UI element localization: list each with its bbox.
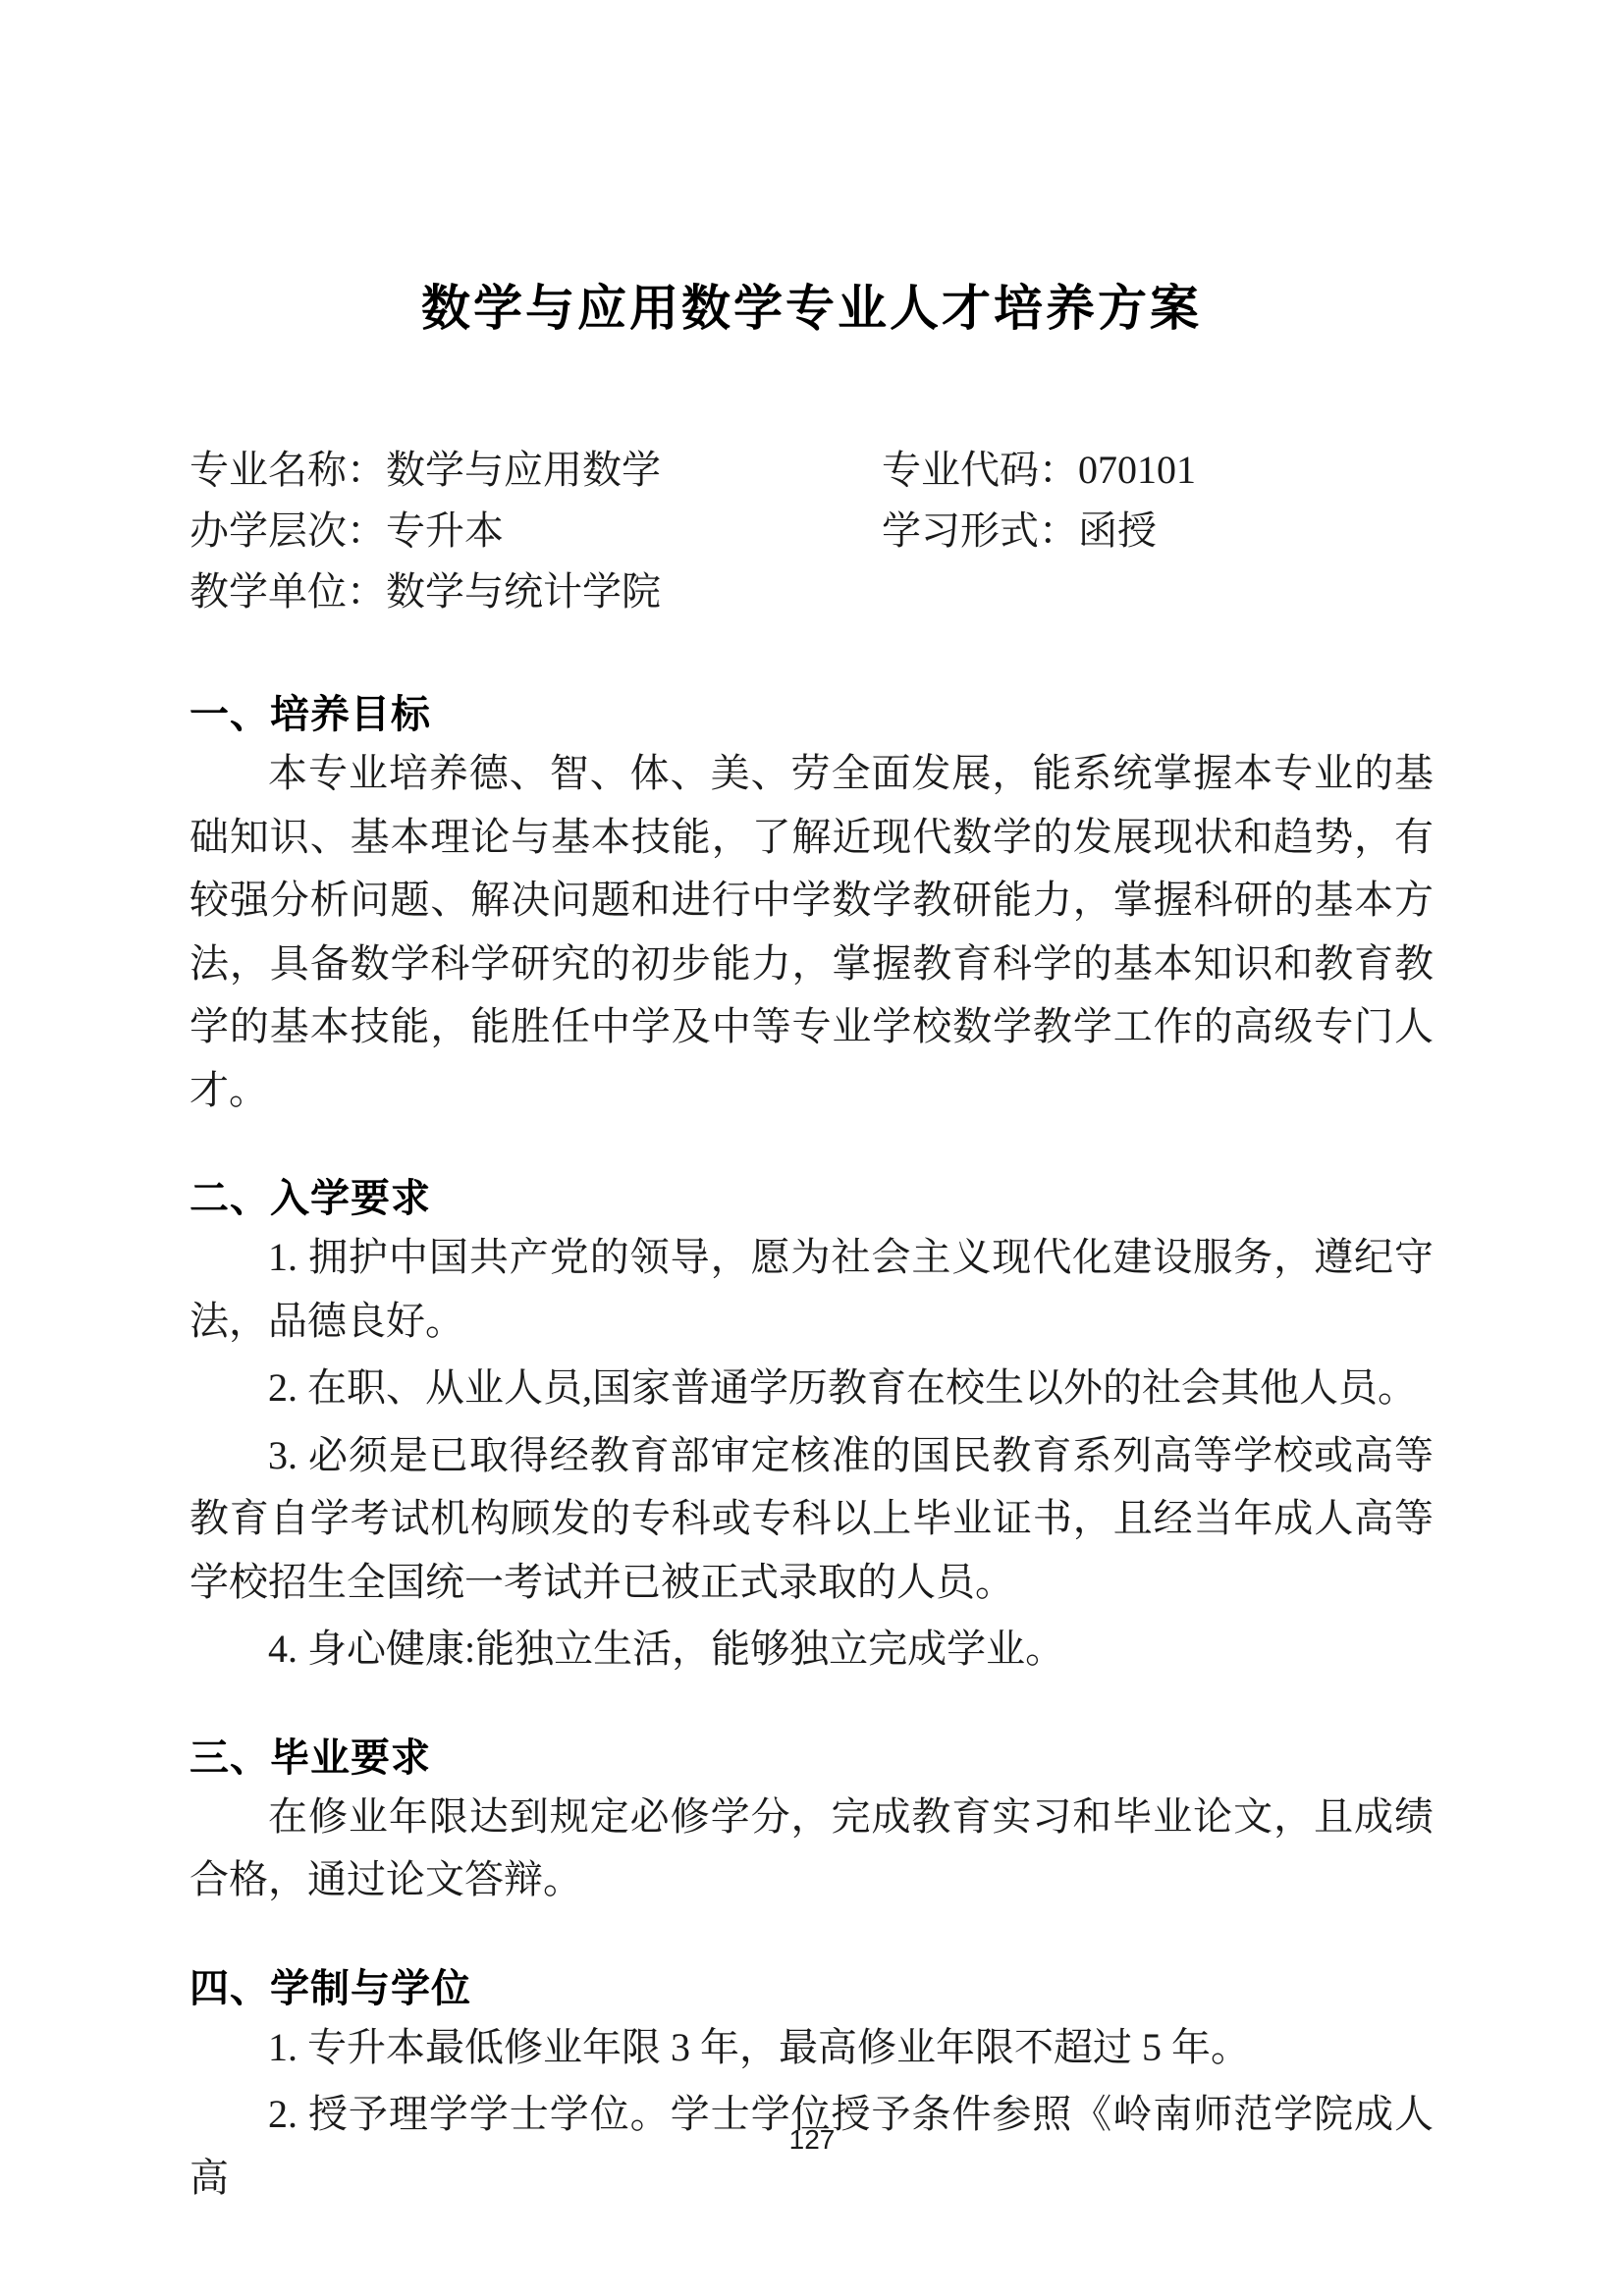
education-level-label: 办学层次： <box>189 508 386 553</box>
major-name-label: 专业名称： <box>189 448 386 492</box>
section-heading-graduation-requirements: 三、毕业要求 <box>189 1735 1434 1782</box>
major-code-field: 专业代码：070101 <box>882 440 1434 501</box>
teaching-unit-label: 教学单位： <box>189 569 386 614</box>
study-form-label: 学习形式： <box>882 508 1078 553</box>
list-item: 1. 专升本最低修业年限 3 年，最高修业年限不超过 5 年。 <box>189 2016 1434 2080</box>
info-row-level: 办学层次：专升本 学习形式：函授 <box>189 501 1434 561</box>
major-name-value: 数学与应用数学 <box>386 448 661 492</box>
list-item: 3. 必须是已取得经教育部审定核准的国民教育系列高等学校或高等教育自学考试机构顾… <box>189 1424 1434 1615</box>
document-page: 数学与应用数学专业人才培养方案 专业名称：数学与应用数学 专业代码：070101… <box>0 0 1624 2296</box>
paragraph: 在修业年限达到规定必修学分，完成教育实习和毕业论文，且成绩合格，通过论文答辩。 <box>189 1786 1434 1912</box>
section-heading-admission-requirements: 二、入学要求 <box>189 1175 1434 1222</box>
section-graduation-requirements: 三、毕业要求 在修业年限达到规定必修学分，完成教育实习和毕业论文，且成绩合格，通… <box>189 1735 1434 1912</box>
major-code-value: 070101 <box>1078 448 1196 492</box>
study-form-value: 函授 <box>1078 508 1157 553</box>
teaching-unit-field: 教学单位：数学与统计学院 <box>189 561 882 622</box>
major-code-label: 专业代码： <box>882 448 1078 492</box>
section-admission-requirements: 二、入学要求 1. 拥护中国共产党的领导，愿为社会主义现代化建设服务，遵纪守法，… <box>189 1175 1434 1682</box>
study-form-field: 学习形式：函授 <box>882 501 1434 561</box>
education-level-value: 专升本 <box>386 508 504 553</box>
list-item: 1. 拥护中国共产党的领导，愿为社会主义现代化建设服务，遵纪守法，品德良好。 <box>189 1226 1434 1353</box>
major-name-field: 专业名称：数学与应用数学 <box>189 440 882 501</box>
section-training-objectives: 一、培养目标 本专业培养德、智、体、美、劳全面发展，能系统掌握本专业的基础知识、… <box>189 691 1434 1122</box>
list-item: 2. 在职、从业人员,国家普通学历教育在校生以外的社会其他人员。 <box>189 1357 1434 1420</box>
info-row-major: 专业名称：数学与应用数学 专业代码：070101 <box>189 440 1434 501</box>
page-title: 数学与应用数学专业人才培养方案 <box>189 281 1434 336</box>
education-level-field: 办学层次：专升本 <box>189 501 882 561</box>
section-schooling-and-degree: 四、学制与学位 1. 专升本最低修业年限 3 年，最高修业年限不超过 5 年。 … <box>189 1965 1434 2211</box>
list-item: 4. 身心健康:能独立生活，能够独立完成学业。 <box>189 1618 1434 1682</box>
program-info-block: 专业名称：数学与应用数学 专业代码：070101 办学层次：专升本 学习形式：函… <box>189 440 1434 622</box>
paragraph: 本专业培养德、智、体、美、劳全面发展，能系统掌握本专业的基础知识、基本理论与基本… <box>189 742 1434 1122</box>
info-row-unit: 教学单位：数学与统计学院 <box>189 561 1434 622</box>
teaching-unit-value: 数学与统计学院 <box>386 569 661 614</box>
section-heading-training-objectives: 一、培养目标 <box>189 691 1434 738</box>
page-number: 127 <box>0 2123 1624 2157</box>
section-heading-schooling-and-degree: 四、学制与学位 <box>189 1965 1434 2012</box>
